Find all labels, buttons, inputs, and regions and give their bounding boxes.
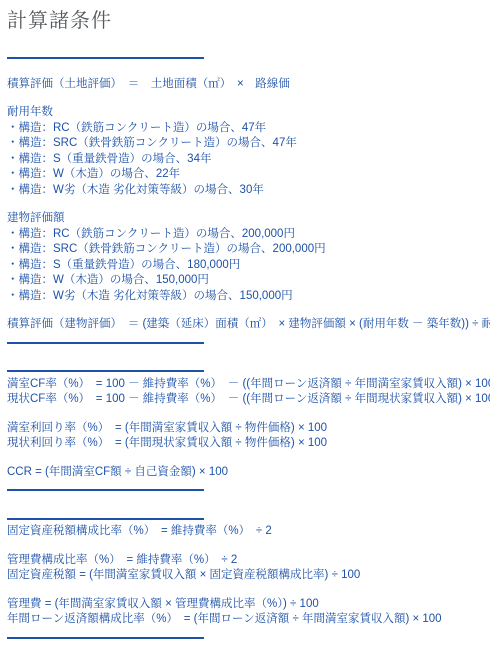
formula-line: 現状利回り率（%） = (年間現状家賃収入額 ÷ 物件価格) × 100 (7, 436, 490, 452)
separator-line (7, 48, 490, 64)
formula-line: ・構造：W劣（木造 劣化対策等級）の場合、30年 (7, 183, 490, 199)
formula-line: 固定資産税額 = (年間満室家賃収入額 × 固定資産税額構成比率) ÷ 100 (7, 568, 490, 584)
formula-line: ・構造：S（重量鉄骨造）の場合、180,000円 (7, 258, 490, 274)
formula-line: 積算評価（建物評価） ＝ (建築（延床）面積（㎡） × 建物評価額 × (耐用年… (7, 317, 490, 333)
formula-line: 満室CF率（%） = 100 － 維持費率（%） － ((年間ローン返済額 ÷ … (7, 377, 490, 393)
formula-line: 積算評価（土地評価） ＝ 土地面積（㎡） × 路線価 (7, 77, 490, 93)
formulas-content: 積算評価（土地評価） ＝ 土地面積（㎡） × 路線価耐用年数・構造：RC（鉄筋コ… (7, 48, 490, 643)
formula-line: ・構造：SRC（鉄骨鉄筋コンクリート造）の場合、47年 (7, 136, 490, 152)
formula-line: CCR = (年間満室CF額 ÷ 自己資金額) × 100 (7, 465, 490, 481)
paragraph-management-fee-and-loan-formulas: 管理費 = (年間満室家賃収入額 × 管理費構成比率（%）) ÷ 100年間ロー… (7, 597, 490, 644)
formula-line: ・構造：W（木造）の場合、22年 (7, 167, 490, 183)
formula-line: 建物評価額 (7, 211, 490, 227)
separator-line (7, 509, 490, 525)
page-title: 計算諸条件 (7, 8, 490, 34)
formula-line: 管理費構成比率（%） = 維持費率（%） ÷ 2 (7, 553, 490, 569)
formula-line: ・構造：RC（鉄筋コンクリート造）の場合、200,000円 (7, 227, 490, 243)
formula-line: ・構造：W（木造）の場合、150,000円 (7, 273, 490, 289)
paragraph-formula-land-valuation: 積算評価（土地評価） ＝ 土地面積（㎡） × 路線価 (7, 77, 490, 93)
paragraph-separator-top (7, 48, 490, 64)
formula-line: 固定資産税額構成比率（%） = 維持費率（%） ÷ 2 (7, 524, 490, 540)
paragraph-cf-rate-formulas: 満室CF率（%） = 100 － 維持費率（%） － ((年間ローン返済額 ÷ … (7, 361, 490, 408)
separator-line (7, 628, 490, 644)
formula-line: ・構造：RC（鉄筋コンクリート造）の場合、47年 (7, 121, 490, 137)
paragraph-useful-life-list: 耐用年数・構造：RC（鉄筋コンクリート造）の場合、47年・構造：SRC（鉄骨鉄筋… (7, 105, 490, 198)
paragraph-ccr-formula: CCR = (年間満室CF額 ÷ 自己資金額) × 100 (7, 465, 490, 496)
formula-line: ・構造：SRC（鉄骨鉄筋コンクリート造）の場合、200,000円 (7, 242, 490, 258)
formula-line: 現状CF率（%） = 100 － 維持費率（%） － ((年間ローン返済額 ÷ … (7, 392, 490, 408)
paragraph-yield-rate-formulas: 満室利回り率（%） = (年間満室家賃収入額 ÷ 物件価格) × 100現状利回… (7, 421, 490, 452)
separator-line (7, 480, 490, 496)
document-page: 計算諸条件 積算評価（土地評価） ＝ 土地面積（㎡） × 路線価耐用年数・構造：… (0, 0, 496, 643)
formula-line: 管理費 = (年間満室家賃収入額 × 管理費構成比率（%）) ÷ 100 (7, 597, 490, 613)
paragraph-management-fee-ratio-formulas: 管理費構成比率（%） = 維持費率（%） ÷ 2固定資産税額 = (年間満室家賃… (7, 553, 490, 584)
formula-line: 耐用年数 (7, 105, 490, 121)
paragraph-fixed-asset-tax-ratio-formula: 固定資産税額構成比率（%） = 維持費率（%） ÷ 2 (7, 509, 490, 540)
formula-line: ・構造：S（重量鉄骨造）の場合、34年 (7, 152, 490, 168)
formula-line: 年間ローン返済額構成比率（%） = (年間ローン返済額 ÷ 年間満室家賃収入額)… (7, 612, 490, 628)
paragraph-formula-building-valuation: 積算評価（建物評価） ＝ (建築（延床）面積（㎡） × 建物評価額 × (耐用年… (7, 317, 490, 348)
formula-line: ・構造：W劣（木造 劣化対策等級）の場合、150,000円 (7, 289, 490, 305)
paragraph-building-valuation-list: 建物評価額・構造：RC（鉄筋コンクリート造）の場合、200,000円・構造：SR… (7, 211, 490, 304)
formula-line: 満室利回り率（%） = (年間満室家賃収入額 ÷ 物件価格) × 100 (7, 421, 490, 437)
separator-line (7, 333, 490, 349)
separator-line (7, 361, 490, 377)
